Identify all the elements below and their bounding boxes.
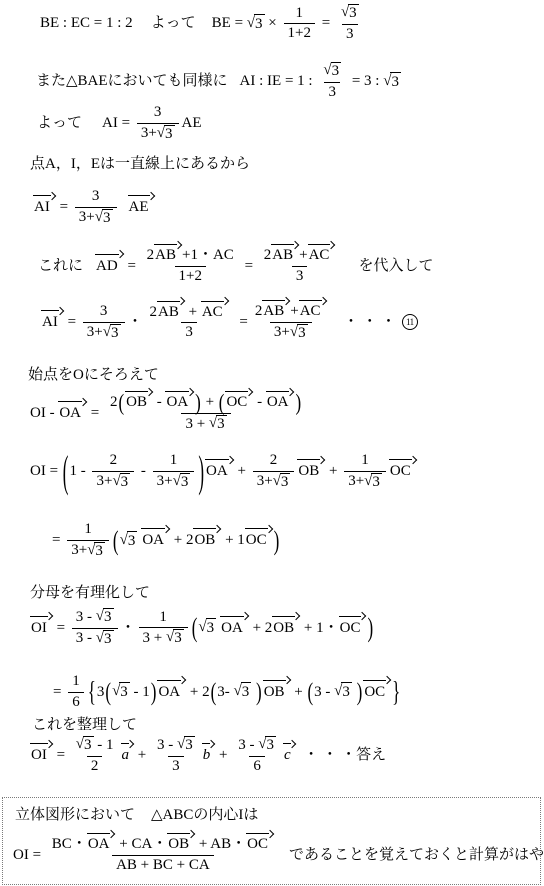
big-delimiter: ) (367, 614, 373, 641)
big-delimiter: } (392, 677, 400, 706)
vector-overline: OI (30, 613, 53, 637)
math-text: BC・ (52, 836, 87, 853)
math-text: 3 - (76, 630, 96, 647)
math-text: 3 + (185, 416, 208, 433)
math-text: 2 (264, 247, 272, 264)
denominator: 3 (324, 82, 340, 101)
fraction: 13 + √3 (139, 609, 188, 647)
math-text: = (87, 404, 103, 422)
denominator: 3+√3 (92, 471, 134, 491)
denominator: 3+√3 (137, 123, 179, 143)
math-text: 3 (296, 268, 304, 285)
radicand: 3 (164, 125, 175, 143)
big-delimiter: ) (256, 679, 262, 705)
sqrt-expression: √3 (76, 736, 94, 754)
vector-overline: OA (87, 830, 116, 853)
denominator: 3+√3 (270, 322, 312, 342)
sqrt-expression: √3 (112, 473, 130, 491)
math-text: 3 - (238, 737, 258, 754)
math-text: ・ ・ ・答え (304, 746, 387, 764)
numerator: 1 (166, 452, 182, 471)
line-substitute-ad: これにAD = 2AB+1・AC1+2 = 2AB+AC3を代入して (38, 247, 433, 284)
numerator: 2 (266, 452, 282, 471)
vector-overline: a (121, 740, 135, 764)
sqrt-expression: √3 (341, 4, 359, 22)
denominator: 3 (181, 322, 197, 341)
math-text: 2 (91, 758, 99, 775)
radicand: 3 (119, 682, 130, 701)
spacer (281, 854, 289, 855)
fraction: 16 (68, 673, 84, 710)
radicand: 3 (103, 630, 114, 648)
math-text: + (202, 394, 218, 411)
numerator: 3 (150, 104, 166, 123)
numerator: 2AB+AC (260, 247, 340, 266)
numerator: 3 - √3 (72, 608, 118, 628)
math-text: また△BAEにおいても同様に (36, 72, 228, 90)
fraction: 33+√3 (83, 303, 125, 341)
math-text: 1+2 (179, 268, 202, 285)
line-oi-expanded: OI = (1 - 23+√3 - 13+√3)OA + 23+√3OB + 1… (30, 452, 417, 490)
big-delimiter: ) (357, 679, 363, 705)
denominator: 1+2 (175, 266, 206, 285)
math-text: = (56, 198, 72, 216)
radicand: 3 (297, 324, 308, 342)
math-text: 1 (361, 452, 369, 469)
fraction: √3 - 12 (72, 736, 118, 774)
denominator: 6 (68, 692, 84, 711)
vector-overline: b (202, 740, 216, 764)
big-delimiter: ( (308, 679, 314, 705)
sqrt-expression: √3 (87, 542, 105, 560)
math-text: = (64, 313, 80, 331)
denominator: 1+2 (284, 23, 315, 42)
math-text: 2 (110, 394, 118, 411)
math-text: 2 (147, 247, 155, 264)
numerator: √3 - 1 (72, 736, 118, 756)
denominator: 3 (168, 756, 184, 775)
math-text: を代入して (358, 257, 433, 275)
big-delimiter: ( (192, 614, 198, 641)
math-text: 2 (270, 452, 278, 469)
fraction: √33 (337, 4, 363, 42)
vector-overline: AC (299, 297, 327, 320)
spacer (342, 265, 358, 266)
math-text: 1 (295, 5, 303, 22)
math-text: - (153, 394, 166, 411)
spacer (296, 755, 304, 756)
math-text: 6 (253, 758, 261, 775)
math-text: 3 - (157, 737, 177, 754)
math-text: 2 (150, 304, 158, 321)
line-rationalize-note: 分母を有理化して (30, 584, 150, 602)
math-text: 3+ (257, 473, 273, 490)
math-text: + 2 (170, 531, 193, 549)
radicand: 3 (216, 415, 227, 433)
radicand: 3 (241, 682, 252, 701)
numerator: 1 (80, 521, 96, 540)
spacer (135, 815, 151, 816)
fraction: √33 (319, 62, 345, 100)
sqrt-expression: √3 (166, 629, 184, 647)
denominator: AB + BC + CA (112, 855, 214, 874)
line-collinear-note: 点A，I，Eは一直線上にあるから (30, 155, 250, 173)
vector-overline: OA (266, 388, 295, 411)
radicand: 3 (254, 14, 265, 33)
math-text: AB + BC + CA (116, 857, 210, 874)
math-text (251, 683, 255, 701)
math-text: = 3 : (348, 72, 383, 90)
note-line-title: 立体図形において△ABCの内心Iは (15, 806, 258, 824)
line-oi-rationalized: OI = 3 - √33 - √3・13 + √3(√3OA + 2OB + 1… (30, 608, 374, 647)
numerator: 2 (106, 452, 122, 471)
line-ai-equals: よってAI = 33+√3AE (37, 104, 202, 142)
big-delimiter: ( (63, 449, 69, 493)
line-oi-minus-oa: OI - OA = 2(OB - OA) + (OC - OA)3 + √3 (30, 394, 309, 433)
equation-number-badge: 11 (402, 314, 418, 330)
math-text: + 1・ (300, 619, 338, 637)
vector-overline: AI (41, 307, 64, 331)
math-text: 3+ (141, 125, 157, 142)
line-vector-ai: AI = 33+√3AE (33, 188, 155, 226)
numerator: 1 (357, 452, 373, 471)
math-text: = (53, 619, 69, 637)
math-text: = (52, 531, 64, 549)
math-text: 6 (72, 694, 80, 711)
vector-overline: OC (339, 613, 367, 637)
numerator: √3 (319, 62, 345, 82)
math-text: ・ (121, 619, 136, 637)
math-text: +1・AC (182, 247, 234, 264)
sqrt-expression: √3 (334, 682, 352, 701)
math-text: + CA・ (115, 836, 167, 853)
math-text: AE (182, 114, 202, 132)
math-text: AI = (102, 114, 134, 132)
sqrt-expression: √3 (120, 531, 138, 550)
vector-overline: OA (141, 525, 170, 549)
line-answer: OI = √3 - 12a + 3 - √33b + 3 - √36c・ ・ ・… (30, 736, 386, 774)
radicand: 3 (110, 324, 121, 342)
math-text: + (215, 746, 231, 764)
fraction: 2AB + AC3 (146, 304, 233, 341)
math-text: 3 (328, 84, 336, 101)
math-text: OI - (30, 404, 58, 422)
spacer (133, 23, 151, 24)
vector-overline: OA (165, 388, 194, 411)
math-text: 3 (154, 104, 162, 121)
math-text: よって (151, 14, 196, 32)
math-text: 3+ (348, 473, 364, 490)
big-delimiter: ) (198, 449, 204, 493)
radicand: 3 (265, 736, 276, 754)
vector-overline: AB (157, 298, 185, 321)
line-simplify-note: これを整理して (32, 716, 137, 734)
big-delimiter: ( (105, 679, 111, 705)
math-text: + (134, 746, 150, 764)
vector-overline: OA (220, 613, 249, 637)
math-text: + (325, 462, 341, 480)
sqrt-expression: √3 (173, 473, 191, 491)
vector-overline: AB (154, 241, 182, 264)
vector-overline: AE (128, 192, 155, 216)
vector-overline: OC (389, 456, 417, 480)
math-text: BE : EC = 1 : 2 (40, 14, 133, 32)
math-text: 1 (84, 521, 92, 538)
big-delimiter: ) (295, 391, 301, 414)
denominator: 3+√3 (83, 322, 125, 342)
sqrt-expression: √3 (95, 209, 113, 227)
radicand: 3 (184, 736, 195, 754)
radicand: 3 (83, 736, 94, 754)
vector-overline: OA (205, 456, 234, 480)
vector-overline: c (283, 740, 296, 764)
radicand: 3 (341, 682, 352, 701)
vector-overline: AD (95, 251, 124, 275)
math-text: + (185, 304, 201, 321)
math-text: 3 (346, 26, 354, 43)
big-delimiter: ( (113, 526, 119, 553)
math-text: ・ (128, 313, 143, 331)
denominator: 3+√3 (153, 471, 195, 491)
denominator: 6 (249, 756, 265, 775)
vector-overline: OA (58, 398, 87, 422)
math-text: 1 (170, 452, 178, 469)
sqrt-expression: √3 (258, 736, 276, 754)
document-page: BE : EC = 1 : 2よってBE = √3 × 11+2 = √33また… (0, 0, 544, 886)
math-text: 3 (100, 303, 108, 320)
sqrt-expression: √3 (157, 125, 175, 143)
math-text: 3 (185, 324, 193, 341)
radicand: 3 (102, 209, 113, 227)
math-text: + AB・ (195, 836, 246, 853)
math-text: - (137, 462, 150, 480)
math-text: 分母を有理化して (30, 584, 150, 602)
big-delimiter: ( (118, 391, 124, 414)
fraction: 2AB+AC3 (260, 247, 340, 284)
math-text: △ABCの内心Iは (151, 806, 258, 824)
numerator: BC・OA + CA・OB + AB・OC (48, 836, 278, 855)
math-text: = (241, 257, 257, 275)
numerator: 2AB+1・AC (143, 247, 238, 266)
radicand: 3 (94, 542, 105, 560)
math-text: = (236, 313, 248, 331)
sqrt-expression: √3 (103, 324, 121, 342)
math-text: 立体図形において (15, 806, 135, 824)
radicand: 3 (331, 62, 342, 80)
math-text: = (318, 14, 334, 32)
vector-overline: OA (157, 677, 186, 701)
math-text: + (234, 462, 250, 480)
vector-overline: OC (245, 525, 273, 549)
radicand: 3 (371, 473, 382, 491)
spacer (82, 123, 102, 124)
math-text: ・ ・ ・ (344, 313, 400, 331)
math-text: 3- (217, 683, 233, 701)
math-text (352, 683, 356, 701)
math-text: 3+ (71, 542, 87, 559)
numerator: 2AB + AC (146, 304, 233, 323)
sqrt-expression: √3 (234, 682, 252, 701)
sqrt-expression: √3 (209, 415, 227, 433)
denominator: 3 - √3 (72, 628, 118, 648)
denominator: 2 (87, 756, 103, 775)
fraction: 3 - √36 (234, 736, 280, 774)
radicand: 3 (120, 473, 131, 491)
math-text: = (124, 257, 140, 275)
sqrt-expression: √3 (177, 736, 195, 754)
math-text: 3+ (79, 209, 95, 226)
vector-overline: OI (30, 740, 53, 764)
math-text: 3 (97, 683, 105, 701)
numerator: 1 (291, 5, 307, 24)
numerator: 2AB+AC (251, 303, 331, 322)
math-text: OI = (30, 462, 62, 480)
line-equation-11: AI = 33+√3・2AB + AC3 =2AB+AC3+√3・ ・ ・ 11 (41, 303, 418, 341)
math-text: 3 (172, 758, 180, 775)
line-be-ec-ratio: BE : EC = 1 : 2よってBE = √3 × 11+2 = √33 (40, 4, 366, 42)
denominator: 3+√3 (75, 207, 117, 227)
math-text: + (291, 683, 307, 701)
math-text: BE = (212, 14, 247, 32)
radicand: 3 (127, 531, 138, 550)
big-delimiter: { (88, 677, 96, 706)
vector-overline: AB (262, 297, 290, 320)
math-text: OI = (13, 846, 45, 864)
math-text: 1 - (69, 462, 89, 480)
math-text: = (53, 746, 69, 764)
numerator: 3 - √3 (153, 736, 199, 756)
math-text: - (253, 394, 266, 411)
spacer (334, 322, 344, 323)
sqrt-expression: √3 (247, 14, 265, 33)
math-text: 3 (92, 188, 100, 205)
radicand: 3 (103, 608, 114, 626)
fraction: 3 - √33 (153, 736, 199, 774)
sqrt-expression: √3 (323, 62, 341, 80)
radicand: 3 (280, 473, 291, 491)
vector-overline: OC (363, 677, 391, 701)
vector-overline: OB (125, 388, 153, 411)
denominator: 3 (342, 24, 358, 43)
vector-overline: OB (193, 525, 221, 549)
line-oi-factored: = 13+√3(√3OA + 2OB + 1OC) (52, 521, 280, 559)
fraction: 13+√3 (153, 452, 195, 490)
line-one-sixth: = 16{3(√3 - 1)OA + 2(3- √3 )OB + (3 - √3… (53, 673, 401, 710)
spacer (196, 23, 212, 24)
math-text: 2 (255, 303, 263, 320)
denominator: 3+√3 (344, 471, 386, 491)
spacer (228, 81, 240, 82)
math-text: - 1 (130, 683, 150, 701)
math-text: 始点をOにそろえて (28, 366, 159, 384)
numerator: 3 - √3 (234, 736, 280, 756)
vector-overline: OC (246, 830, 274, 853)
big-delimiter: ) (195, 391, 201, 414)
math-text: AI : IE = 1 : (240, 72, 317, 90)
math-text: - 1 (94, 737, 114, 754)
denominator: 3 (292, 266, 308, 285)
numerator: 1 (68, 673, 84, 692)
math-text: × (265, 14, 281, 32)
note-box: 立体図形において△ABCの内心IはOI = BC・OA + CA・OB + AB… (2, 797, 541, 885)
sqrt-expression: √3 (112, 682, 130, 701)
numerator: 1 (155, 609, 171, 628)
fraction: 13+√3 (344, 452, 386, 490)
math-text: であることを覚えておくと計算がはやい。 (289, 846, 544, 864)
math-text: 3 + (143, 630, 166, 647)
radicand: 3 (390, 72, 401, 91)
radicand: 3 (173, 629, 184, 647)
math-text: + 2 (186, 683, 209, 701)
fraction: 23+√3 (253, 452, 295, 490)
math-text: 3+ (274, 324, 290, 341)
math-text: 3 - (76, 609, 96, 626)
line-triangle-bae: また△BAEにおいても同様にAI : IE = 1 : √33 = 3 : √3 (36, 62, 401, 100)
numerator: 2(OB - OA) + (OC - OA) (106, 394, 306, 413)
denominator: 3+√3 (253, 471, 295, 491)
vector-overline: OB (272, 613, 300, 637)
math-text: 3+ (87, 324, 103, 341)
math-text: 点A，I，Eは一直線上にあるから (30, 155, 250, 173)
numerator: 3 (96, 303, 112, 322)
denominator: 3 + √3 (181, 413, 230, 433)
fraction: 2AB+1・AC1+2 (143, 247, 238, 284)
radicand: 3 (206, 618, 217, 637)
denominator: 3 + √3 (139, 627, 188, 647)
numerator: 3 (88, 188, 104, 207)
vector-overline: AB (271, 241, 299, 264)
radicand: 3 (348, 4, 359, 22)
vector-overline: OB (263, 677, 291, 701)
math-text: 2 (110, 452, 118, 469)
fraction: 2(OB - OA) + (OC - OA)3 + √3 (106, 394, 306, 433)
vector-overline: OB (167, 830, 195, 853)
fraction: 11+2 (284, 5, 315, 42)
radicand: 3 (180, 473, 191, 491)
fraction: 23+√3 (92, 452, 134, 490)
fraction: 2AB+AC3+√3 (251, 303, 331, 341)
fraction: 33+√3 (137, 104, 179, 142)
vector-overline: AC (308, 241, 336, 264)
vector-overline: OC (225, 388, 253, 411)
sqrt-expression: √3 (96, 608, 114, 626)
math-text: + 1 (221, 531, 244, 549)
denominator: 3+√3 (67, 540, 109, 560)
math-text: + 2 (249, 619, 272, 637)
big-delimiter: ) (274, 526, 280, 553)
math-text: 3+ (157, 473, 173, 490)
math-text: 3 - (314, 683, 334, 701)
fraction: BC・OA + CA・OB + AB・OCAB + BC + CA (48, 836, 278, 873)
big-delimiter: ( (219, 391, 225, 414)
numerator: √3 (337, 4, 363, 24)
math-text: 1 (72, 673, 80, 690)
fraction: 3 - √33 - √3 (72, 608, 118, 647)
math-text: + (299, 247, 307, 264)
math-text: 1 (159, 609, 167, 626)
math-text: = (53, 683, 65, 701)
vector-overline: OB (297, 456, 325, 480)
sqrt-expression: √3 (273, 473, 291, 491)
fraction: 33+√3 (75, 188, 117, 226)
sqrt-expression: √3 (198, 618, 216, 637)
big-delimiter: ) (151, 679, 157, 705)
spacer (120, 207, 128, 208)
math-text: これに (38, 257, 83, 275)
sqrt-expression: √3 (364, 473, 382, 491)
vector-overline: AI (33, 192, 56, 216)
sqrt-expression: √3 (96, 630, 114, 648)
